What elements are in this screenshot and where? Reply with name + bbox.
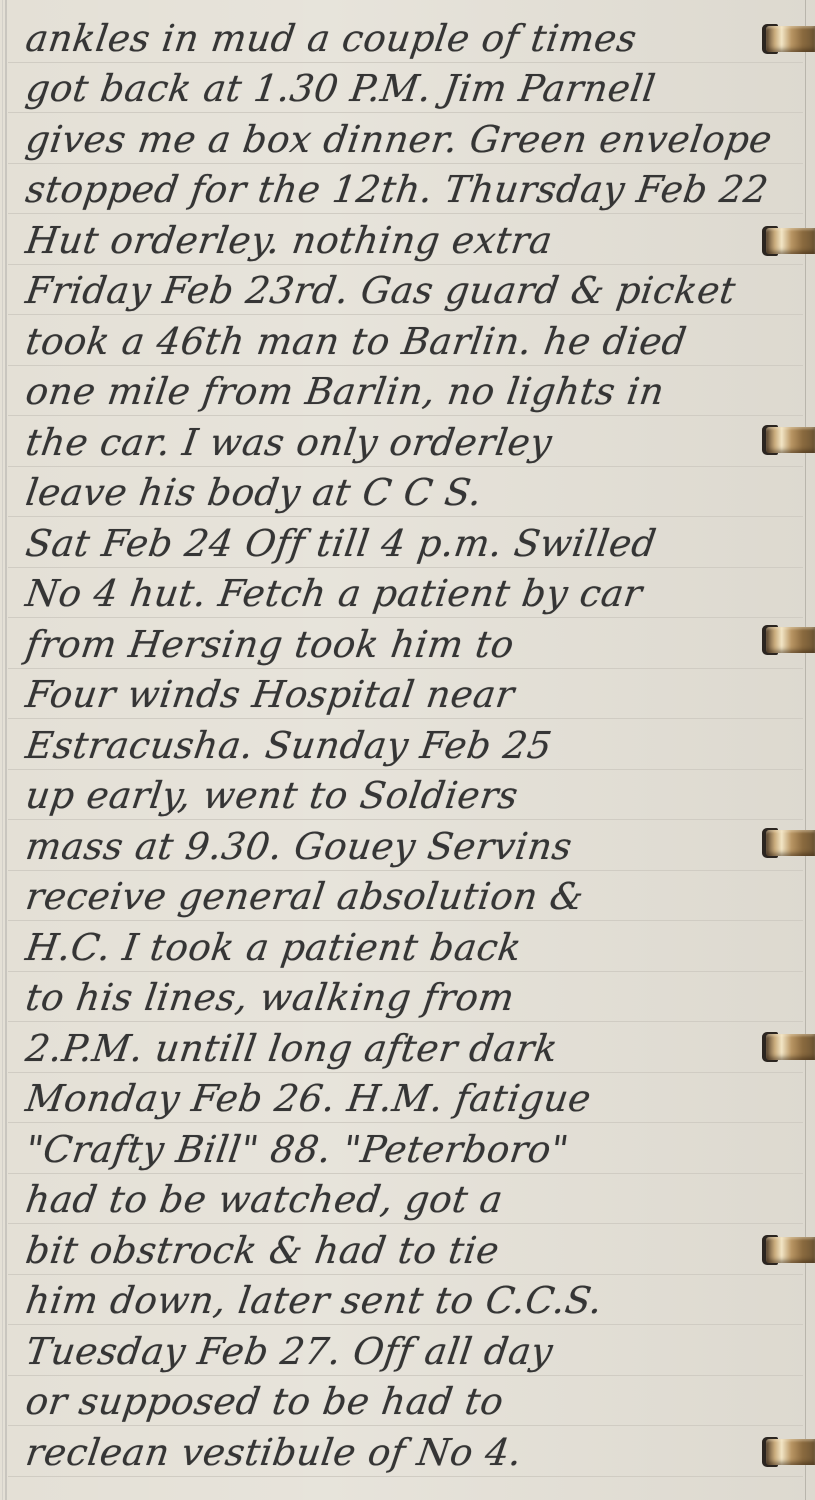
text-line: receive general absolution & (22, 868, 780, 926)
binding-ring-icon (762, 226, 815, 256)
text-line: Friday Feb 23rd. Gas guard & picket (22, 262, 780, 320)
text-line: or supposed to be had to (22, 1373, 780, 1431)
text-line: Monday Feb 26. H.M. fatigue (22, 1070, 780, 1128)
text-line: got back at 1.30 P.M. Jim Parnell (22, 60, 780, 118)
diary-page: ankles in mud a couple of times got back… (0, 0, 815, 1500)
text-line: one mile from Barlin, no lights in (22, 363, 780, 421)
text-line: Four winds Hospital near (22, 666, 780, 724)
binding-ring-icon (762, 1437, 815, 1467)
text-line: to his lines, walking from (22, 969, 780, 1027)
left-margin-line (5, 0, 7, 1500)
text-line: had to be watched, got a (22, 1171, 780, 1229)
binding-ring-icon (762, 24, 815, 54)
left-margin-line (2, 0, 3, 1500)
binding-ring-icon (762, 625, 815, 655)
binding-ring-icon (762, 828, 815, 858)
text-line: leave his body at C C S. (22, 464, 780, 522)
text-line: stopped for the 12th. Thursday Feb 22 (22, 161, 780, 219)
text-line: reclean vestibule of No 4. (22, 1424, 780, 1482)
text-line: him down, later sent to C.C.S. (22, 1272, 780, 1330)
text-line: No 4 hut. Fetch a patient by car (22, 565, 780, 623)
page-edge (805, 0, 806, 1500)
binding-ring-icon (762, 1235, 815, 1265)
binding-ring-icon (762, 425, 815, 455)
binding-ring-icon (762, 1032, 815, 1062)
text-line: up early, went to Soldiers (22, 767, 780, 825)
